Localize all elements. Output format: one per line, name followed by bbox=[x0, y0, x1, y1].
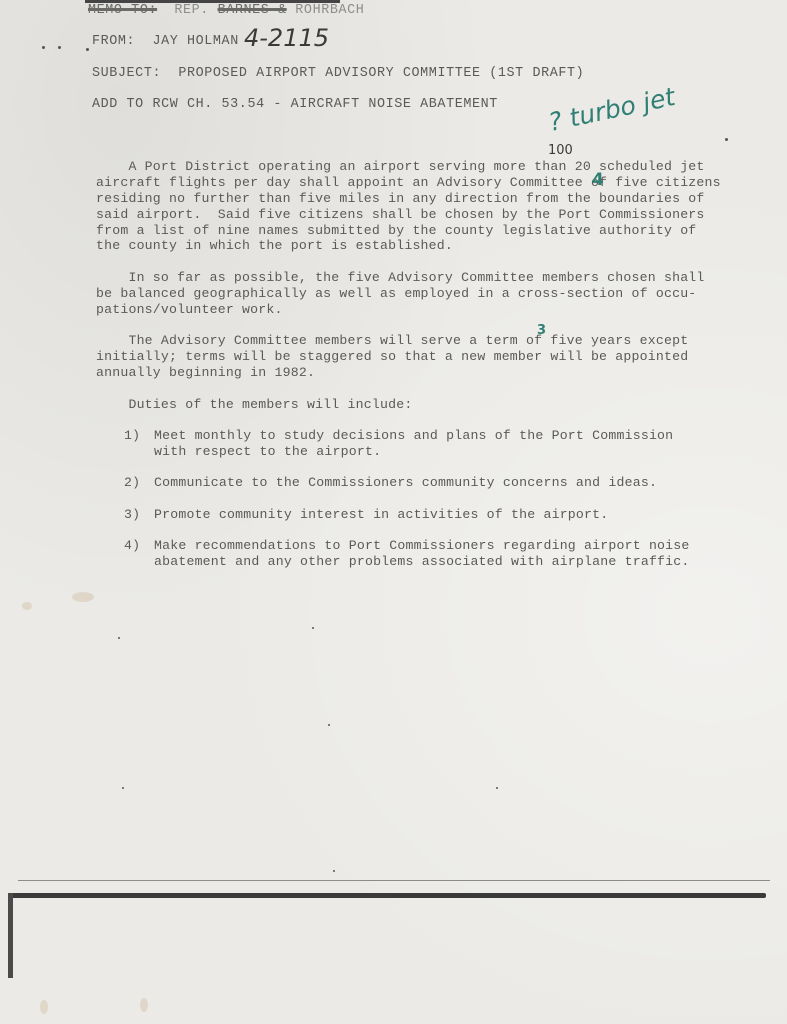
paragraph-line: The Advisory Committee members will serv… bbox=[96, 333, 688, 348]
subject-label: SUBJECT: bbox=[92, 66, 161, 81]
paragraph-line: annually beginning in 1982. bbox=[96, 365, 315, 380]
to-line: MEMO TO: REP. BARNES & ROHRBACH bbox=[88, 3, 364, 18]
duty-text: Make recommendations to Port Commissione… bbox=[154, 538, 690, 553]
three-annotation: 3 bbox=[537, 323, 546, 338]
paragraph-line: aircraft flights per day shall appoint a… bbox=[96, 175, 721, 190]
paragraph-line: initially; terms will be staggered so th… bbox=[96, 349, 688, 364]
duty-number: 3) bbox=[124, 507, 140, 522]
duty-text: with respect to the airport. bbox=[154, 444, 381, 459]
turbo-jet-annotation: ? turbo jet bbox=[546, 82, 678, 137]
paper-stain bbox=[22, 602, 32, 610]
four-annotation: 4 bbox=[592, 170, 604, 190]
border-line bbox=[8, 893, 766, 898]
paragraph-line: the county in which the port is establis… bbox=[96, 238, 453, 253]
paper-stain bbox=[72, 592, 94, 602]
speck bbox=[496, 787, 498, 789]
fold-line bbox=[18, 880, 770, 881]
from-line: FROM: JAY HOLMAN bbox=[92, 34, 239, 49]
speck bbox=[725, 138, 728, 141]
paragraph-line: from a list of nine names submitted by t… bbox=[96, 223, 696, 238]
duty-number: 2) bbox=[124, 475, 140, 490]
speck bbox=[312, 627, 314, 629]
speck bbox=[328, 724, 330, 726]
paragraph-line: In so far as possible, the five Advisory… bbox=[96, 270, 705, 285]
punch-dot bbox=[86, 48, 89, 51]
to-prefix-struck: MEMO TO: bbox=[88, 3, 157, 18]
from-label: FROM: bbox=[92, 34, 135, 49]
paper-stain bbox=[40, 1000, 48, 1014]
punch-dot bbox=[58, 46, 61, 49]
document-page: MEMO TO: REP. BARNES & ROHRBACH FROM: JA… bbox=[0, 0, 787, 1024]
border-corner bbox=[8, 893, 13, 978]
add-to-line: ADD TO RCW CH. 53.54 - AIRCRAFT NOISE AB… bbox=[92, 97, 498, 112]
speck bbox=[333, 870, 335, 872]
paragraph-line: pations/volunteer work. bbox=[96, 302, 283, 317]
to-rep: REP. bbox=[174, 3, 209, 18]
to-name-struck: BARNES & bbox=[218, 3, 287, 18]
paragraph-line: A Port District operating an airport ser… bbox=[96, 159, 705, 174]
to-name: ROHRBACH bbox=[295, 3, 364, 18]
speck bbox=[122, 787, 124, 789]
duty-number: 1) bbox=[124, 428, 140, 443]
subject-text: PROPOSED AIRPORT ADVISORY COMMITTEE (1ST… bbox=[178, 66, 584, 81]
from-name: JAY HOLMAN bbox=[152, 34, 238, 49]
hundred-annotation: 100 bbox=[548, 143, 573, 158]
duties-intro: Duties of the members will include: bbox=[96, 397, 412, 412]
duty-text: abatement and any other problems associa… bbox=[154, 554, 690, 569]
paragraph-line: residing no further than five miles in a… bbox=[96, 191, 705, 206]
paragraph-line: said airport. Said five citizens shall b… bbox=[96, 207, 705, 222]
punch-dot bbox=[42, 46, 45, 49]
paper-stain bbox=[140, 998, 148, 1012]
from-handwritten-number: 4-2115 bbox=[244, 24, 329, 52]
speck bbox=[118, 637, 120, 639]
duty-text: Meet monthly to study decisions and plan… bbox=[154, 428, 673, 443]
duty-number: 4) bbox=[124, 538, 140, 553]
subject-line: SUBJECT: PROPOSED AIRPORT ADVISORY COMMI… bbox=[92, 66, 584, 81]
duty-text: Promote community interest in activities… bbox=[154, 507, 608, 522]
paragraph-line: be balanced geographically as well as em… bbox=[96, 286, 696, 301]
duty-text: Communicate to the Commissioners communi… bbox=[154, 475, 657, 490]
